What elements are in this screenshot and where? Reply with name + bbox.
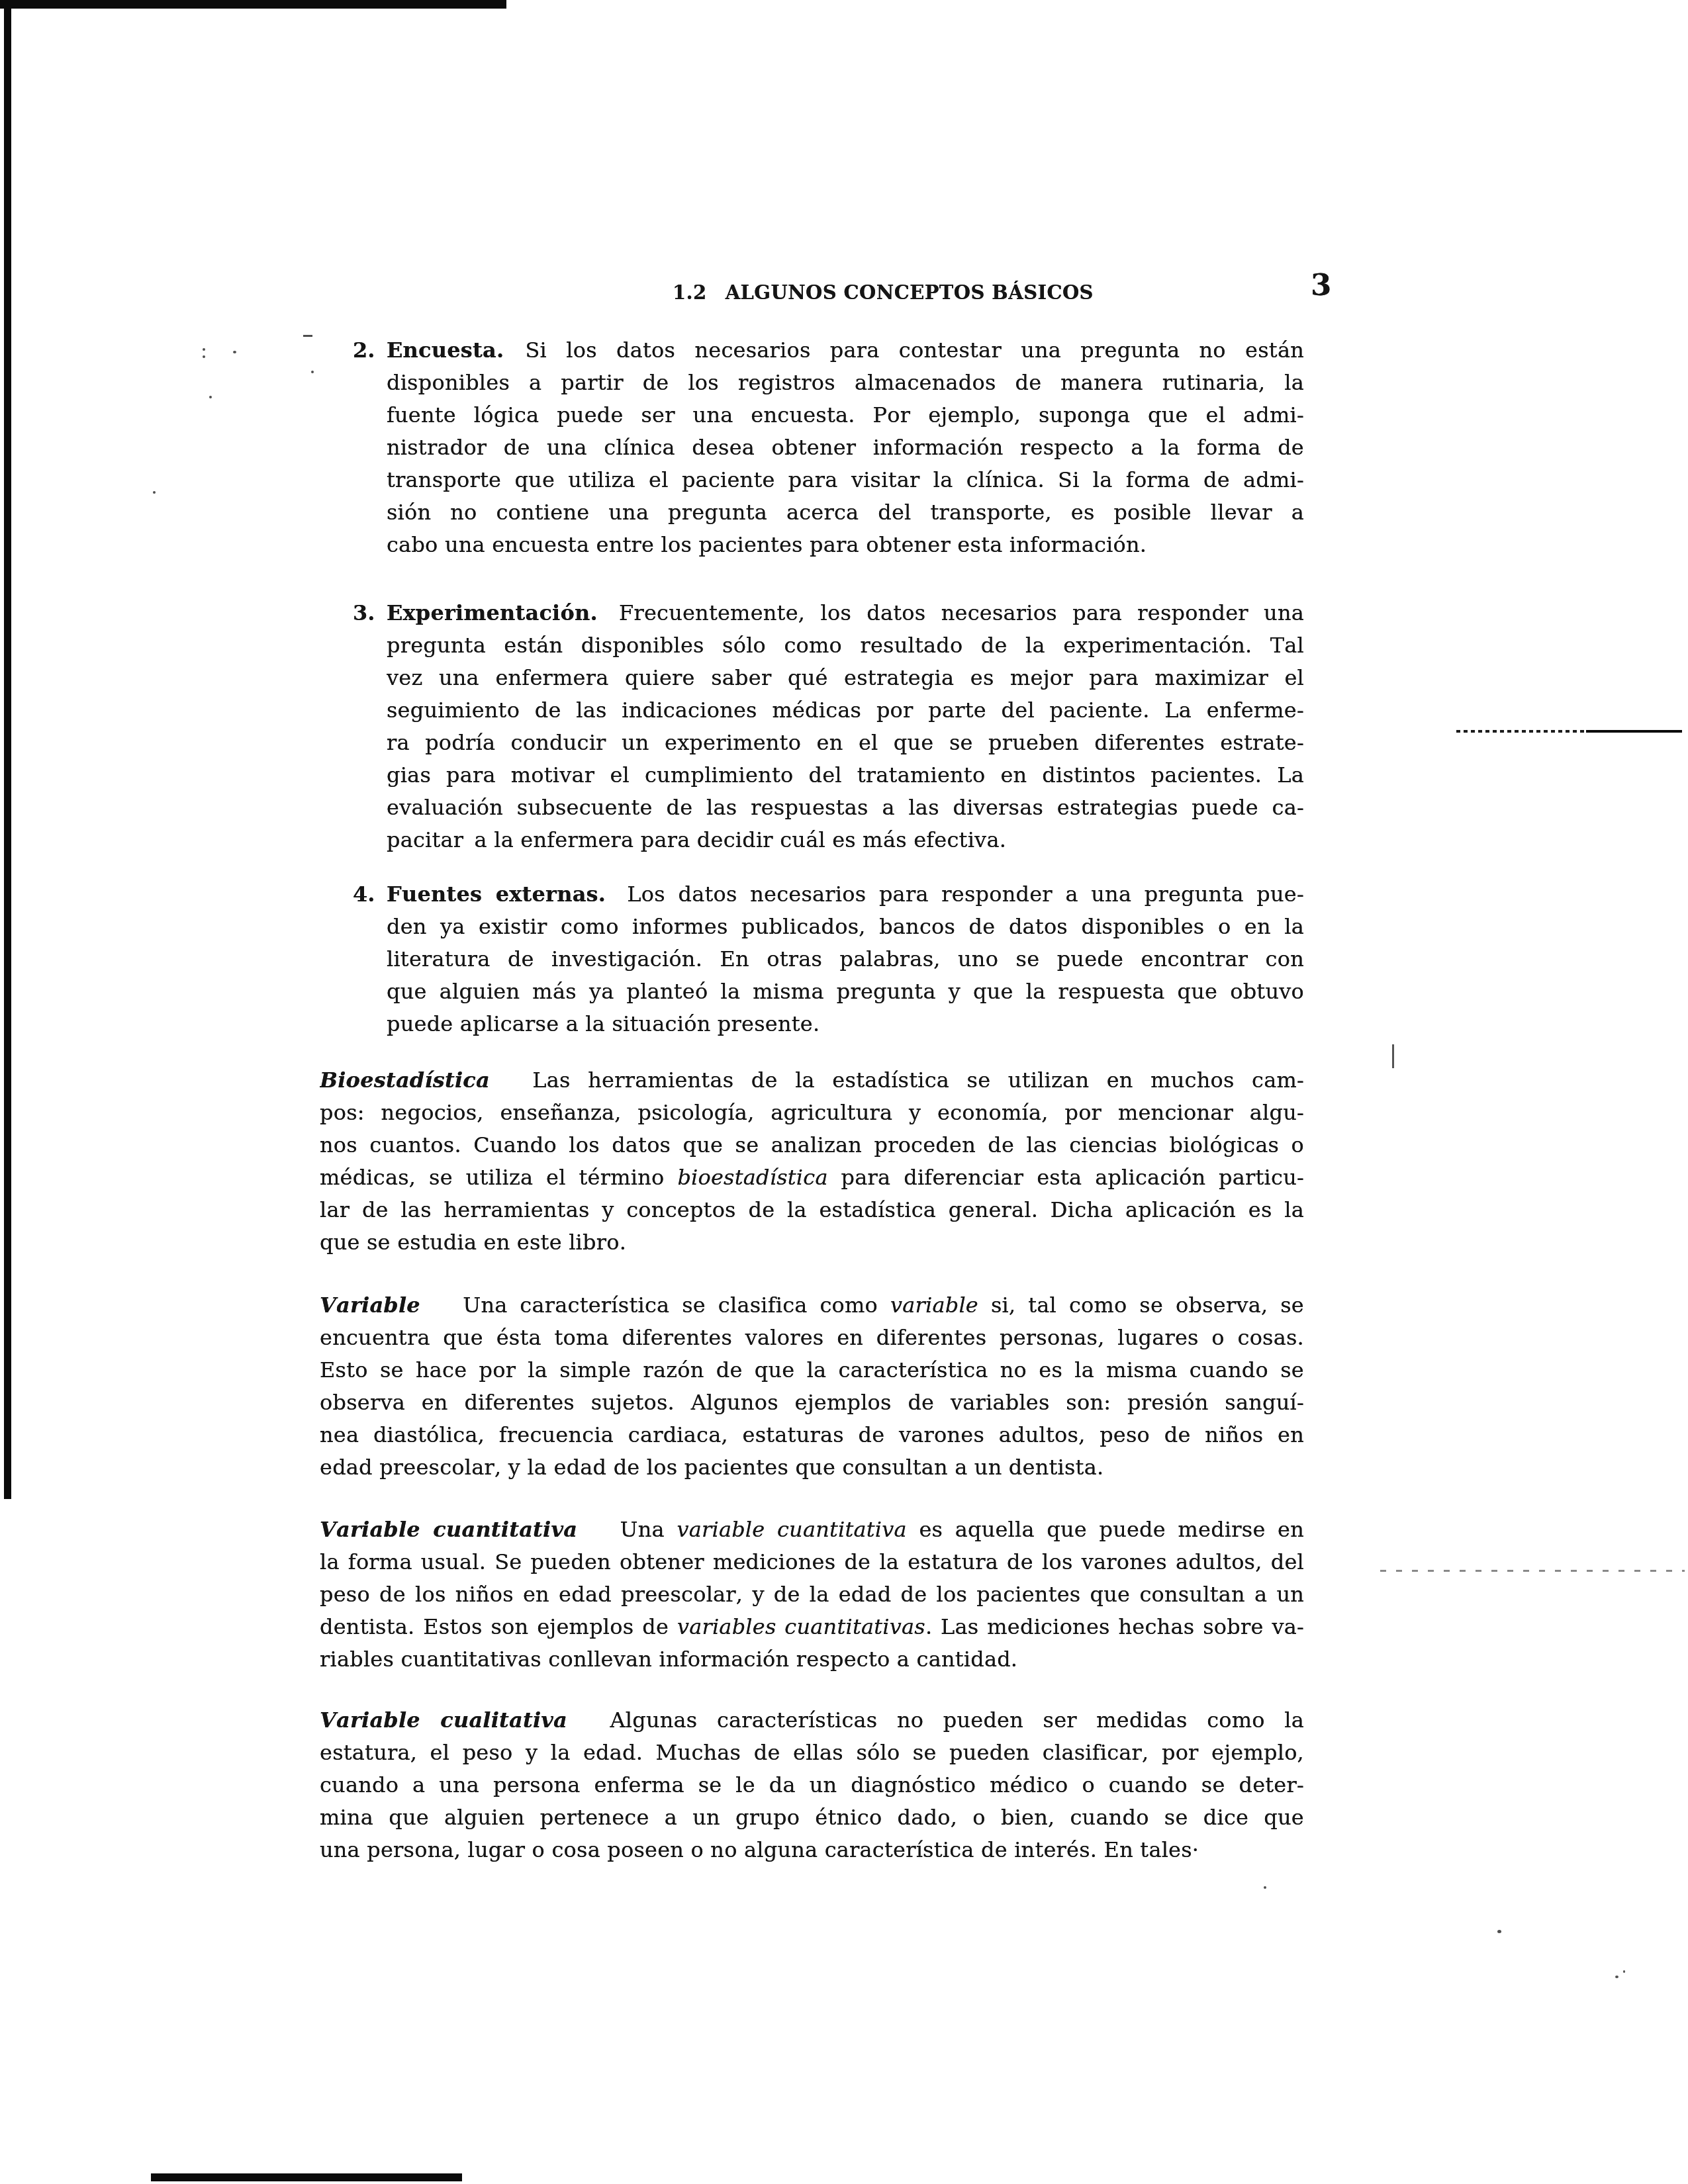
text-line: evaluación subsecuente de las respuestas…	[387, 792, 1304, 824]
text-line: vez una enfermera quiere saber qué estra…	[387, 662, 1304, 694]
text-line: que se estudia en este libro.	[320, 1226, 1304, 1259]
text-line: cabo una encuesta entre los pacientes pa…	[387, 529, 1304, 561]
scan-speck	[203, 355, 205, 358]
text-line: nea diastólica, frecuencia cardiaca, est…	[320, 1419, 1304, 1451]
scan-speck	[153, 491, 156, 494]
text-line: nos cuantos. Cuando los datos que se ana…	[320, 1129, 1304, 1161]
list-item-encuesta: 2. Encuesta. Si los datos necesarios par…	[387, 334, 1304, 561]
scan-artifact-solid-line	[1586, 730, 1682, 733]
text-line: fuente lógica puede ser una encuesta. Po…	[387, 399, 1304, 432]
list-item-fuentes-externas: 4. Fuentes externas. Los datos necesario…	[387, 878, 1304, 1040]
text-line: sión no contiene una pregunta acerca del…	[387, 496, 1304, 529]
list-item-text: Encuesta. Si los datos necesarios para c…	[387, 334, 1304, 561]
section-text: Variable Una característica se clasifica…	[320, 1289, 1304, 1484]
scan-artifact-left-bar	[4, 0, 11, 1499]
scan-speck	[209, 396, 212, 398]
list-item-text: Experimentación. Frecuentemente, los dat…	[387, 597, 1304, 856]
list-item-number: 3.	[353, 597, 375, 629]
text-line: cuando a una persona enferma se le da un…	[320, 1769, 1304, 1801]
text-line: la forma usual. Se pueden obtener medici…	[320, 1546, 1304, 1578]
text-line: pregunta están disponibles sólo como res…	[387, 629, 1304, 662]
section-text: Variable cualitativa Algunas característ…	[320, 1704, 1304, 1866]
text-line: Fuentes externas. Los datos necesarios p…	[387, 878, 1304, 911]
text-line: pacitar a la enfermera para decidir cuál…	[387, 824, 1304, 856]
text-line: ra podría conducir un experimento en el …	[387, 727, 1304, 759]
scan-speck	[1264, 1886, 1266, 1889]
section-text: Variable cuantitativa Una variable cuant…	[320, 1514, 1304, 1676]
text-line: Variable cualitativa Algunas característ…	[320, 1704, 1304, 1737]
section-variable-cualitativa: Variable cualitativa Algunas característ…	[320, 1704, 1304, 1866]
text-line: seguimiento de las indicaciones médicas …	[387, 694, 1304, 727]
scan-speck	[303, 335, 312, 337]
text-line: dentista. Estos son ejemplos de variable…	[320, 1611, 1304, 1643]
text-line: lar de las herramientas y conceptos de l…	[320, 1194, 1304, 1226]
scan-speck	[311, 371, 314, 373]
text-line: disponibles a partir de los registros al…	[387, 367, 1304, 399]
scan-artifact-faint-dashes	[1380, 1570, 1685, 1572]
list-item-experimentacion: 3. Experimentación. Frecuentemente, los …	[387, 597, 1304, 856]
scanned-page: 1.2 ALGUNOS CONCEPTOS BÁSICOS 3 2. Encue…	[0, 0, 1688, 2184]
scan-speck	[1615, 1976, 1618, 1978]
text-line: gias para motivar el cumplimiento del tr…	[387, 759, 1304, 792]
section-text: Bioestadística Las herramientas de la es…	[320, 1064, 1304, 1259]
scan-speck	[1623, 1970, 1625, 1973]
scan-artifact-dashed-line	[1456, 730, 1586, 733]
text-line: una persona, lugar o cosa poseen o no al…	[320, 1834, 1304, 1866]
text-line: transporte que utiliza el paciente para …	[387, 464, 1304, 496]
text-line: edad preescolar, y la edad de los pacien…	[320, 1451, 1304, 1484]
scan-speck	[233, 351, 236, 353]
scan-speck	[203, 348, 205, 351]
text-line: Encuesta. Si los datos necesarios para c…	[387, 334, 1304, 367]
page-title: ALGUNOS CONCEPTOS BÁSICOS	[726, 281, 1094, 304]
text-line: nistrador de una clínica desea obtener i…	[387, 432, 1304, 464]
text-line: Esto se hace por la simple razón de que …	[320, 1354, 1304, 1387]
text-line: encuentra que ésta toma diferentes valor…	[320, 1322, 1304, 1354]
list-item-number: 2.	[353, 334, 375, 367]
section-number: 1.2	[673, 281, 707, 304]
text-line: literatura de investigación. En otras pa…	[387, 943, 1304, 976]
text-line: Bioestadística Las herramientas de la es…	[320, 1064, 1304, 1097]
section-variable: Variable Una característica se clasifica…	[320, 1289, 1304, 1484]
page-number: 3	[1311, 267, 1331, 302]
text-line: que alguien más ya planteó la misma preg…	[387, 976, 1304, 1008]
section-bioestadistica: Bioestadística Las herramientas de la es…	[320, 1064, 1304, 1259]
scan-artifact-top-bar	[0, 0, 506, 9]
text-line: mina que alguien pertenece a un grupo ét…	[320, 1801, 1304, 1834]
text-line: riables cuantitativas conllevan informac…	[320, 1643, 1304, 1676]
text-line: estatura, el peso y la edad. Muchas de e…	[320, 1737, 1304, 1769]
text-line: Variable cuantitativa Una variable cuant…	[320, 1514, 1304, 1546]
running-header: 1.2 ALGUNOS CONCEPTOS BÁSICOS	[673, 281, 1094, 304]
text-line: médicas, se utiliza el término bioestadí…	[320, 1161, 1304, 1194]
scan-artifact-bottom-bar	[151, 2173, 462, 2181]
text-line: Experimentación. Frecuentemente, los dat…	[387, 597, 1304, 629]
text-line: peso de los niños en edad preescolar, y …	[320, 1578, 1304, 1611]
list-item-number: 4.	[353, 878, 375, 911]
text-line: pos: negocios, enseñanza, psicología, ag…	[320, 1097, 1304, 1129]
text-line: Variable Una característica se clasifica…	[320, 1289, 1304, 1322]
text-line: den ya existir como informes publicados,…	[387, 911, 1304, 943]
list-item-text: Fuentes externas. Los datos necesarios p…	[387, 878, 1304, 1040]
scan-speck	[1497, 1930, 1501, 1933]
section-variable-cuantitativa: Variable cuantitativa Una variable cuant…	[320, 1514, 1304, 1676]
scan-artifact-tick	[1392, 1044, 1394, 1068]
text-line: observa en diferentes sujetos. Algunos e…	[320, 1387, 1304, 1419]
text-line: puede aplicarse a la situación presente.	[387, 1008, 1304, 1040]
